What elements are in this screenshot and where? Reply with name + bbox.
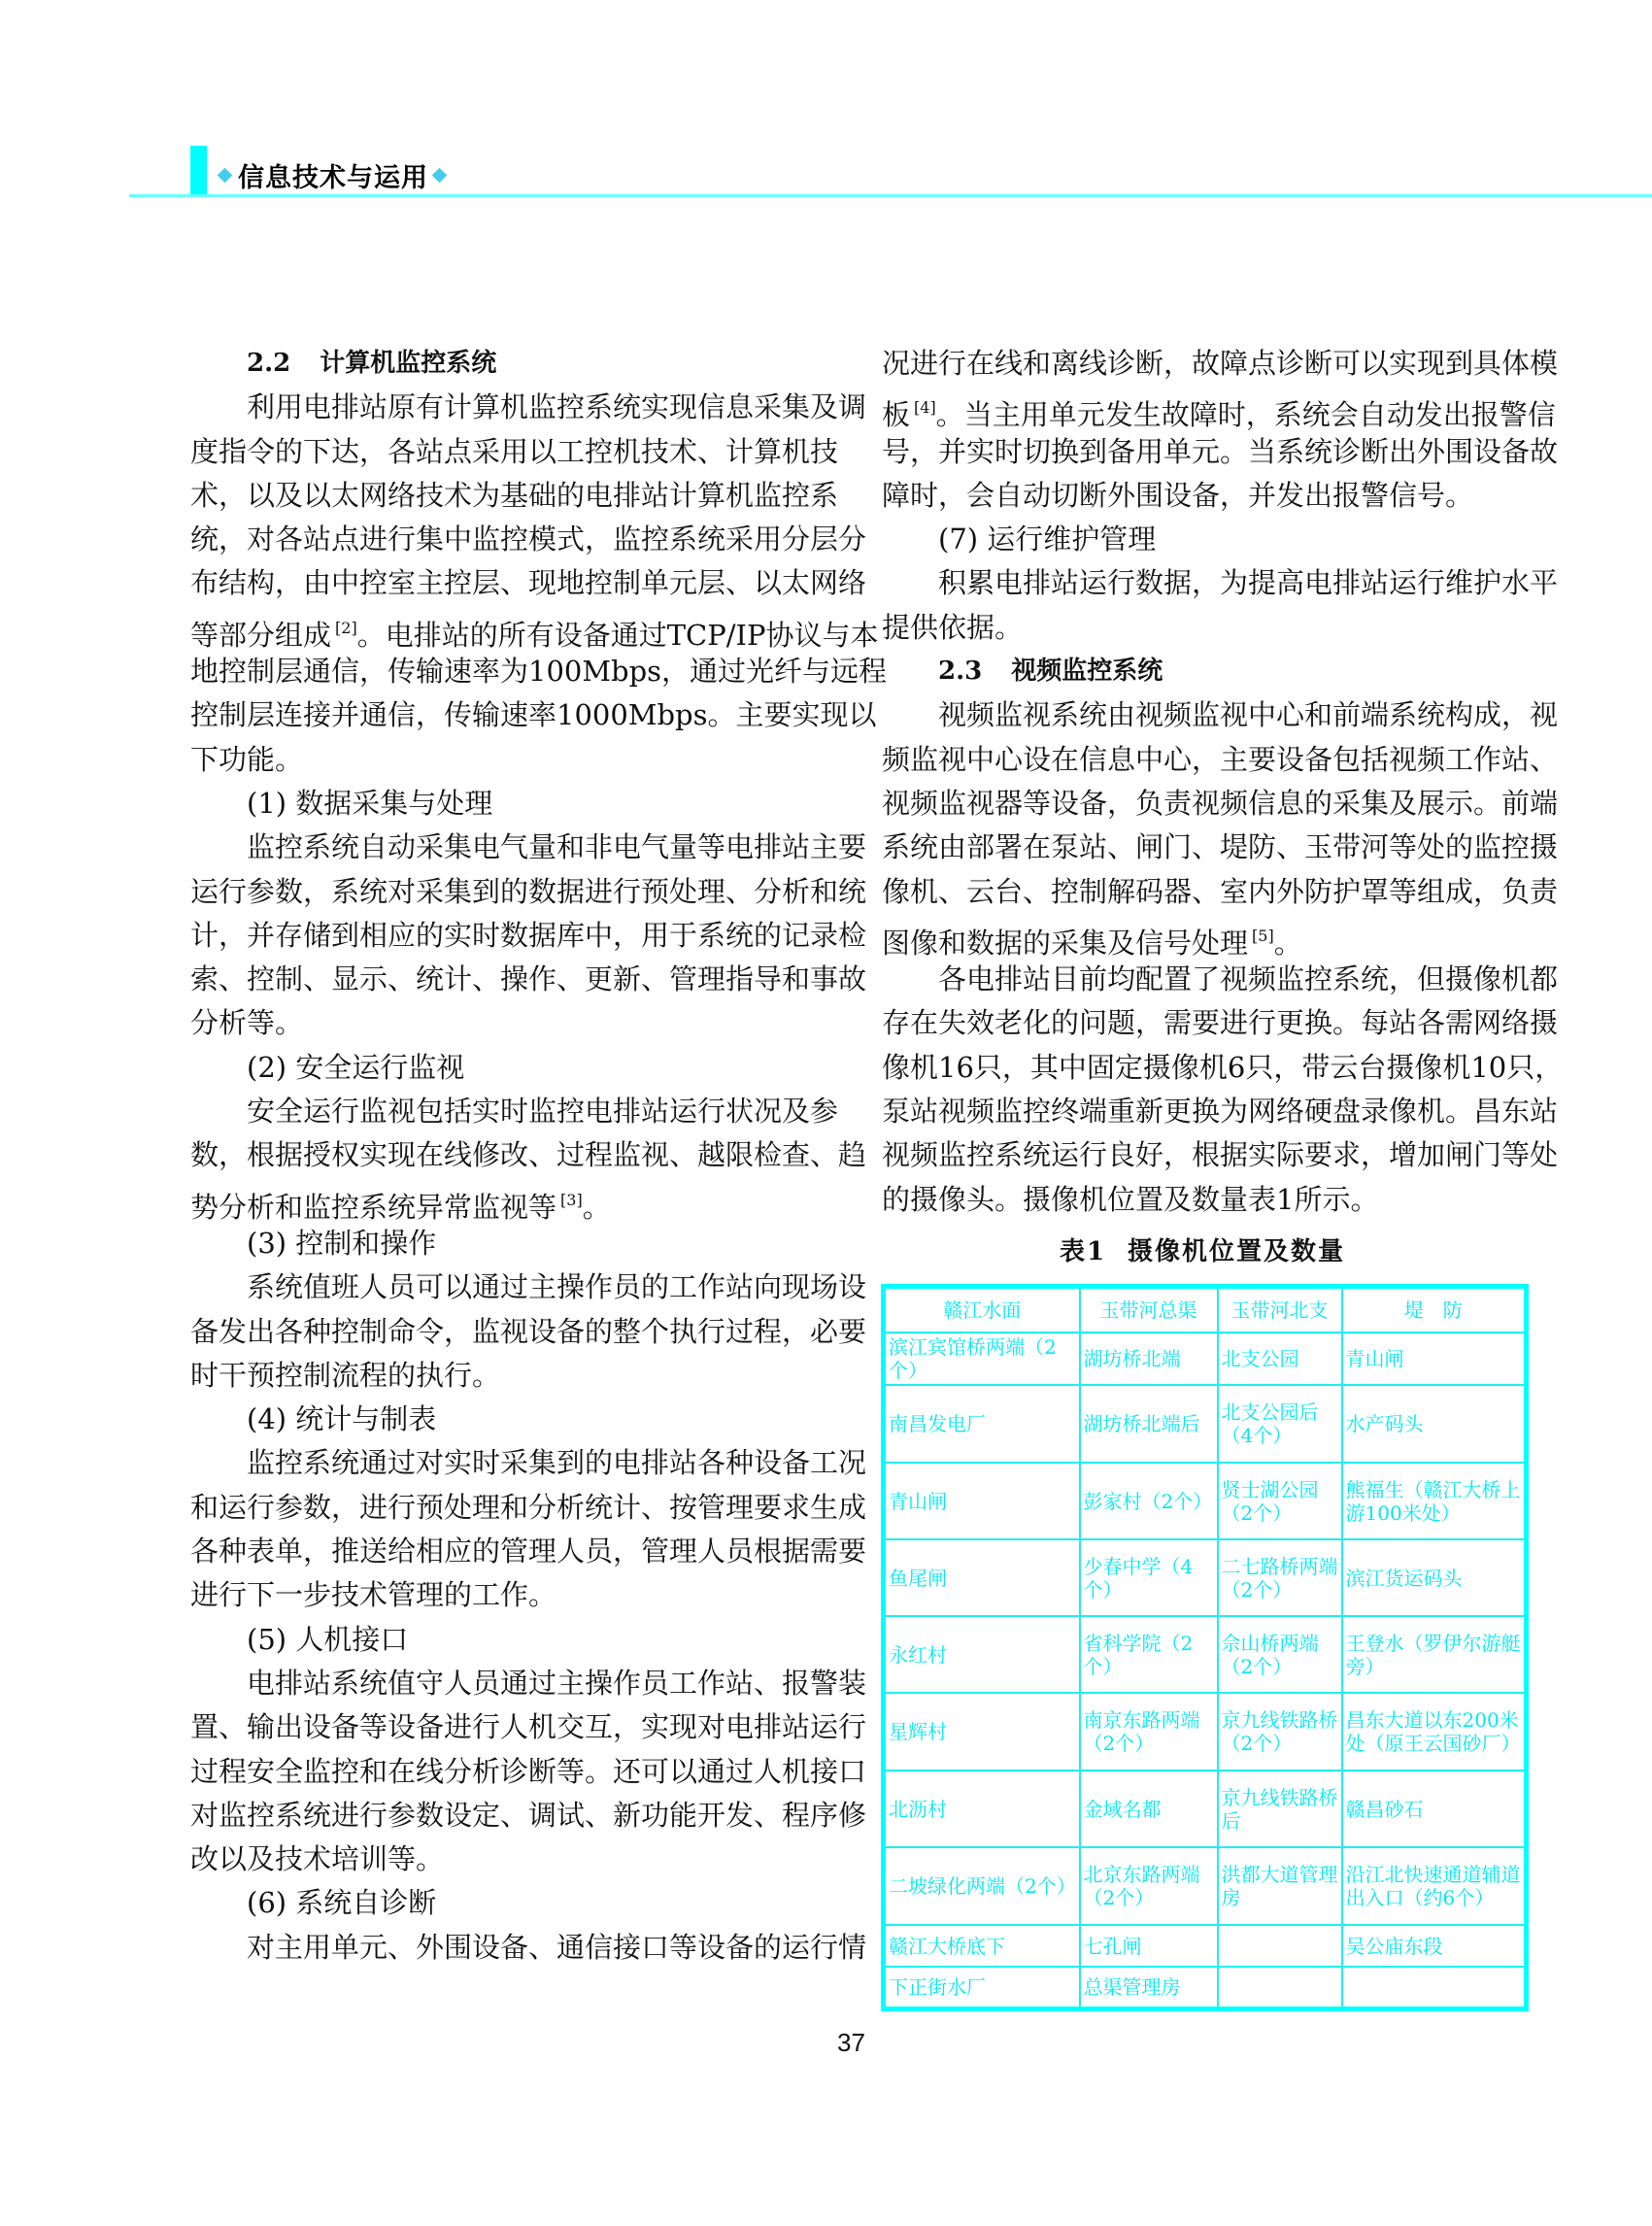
table-cell: 赣江大桥底下 (884, 1925, 1080, 1967)
table-cell: 二七路桥两端（2个） (1218, 1539, 1342, 1616)
paragraph-line: 统，对各站点进行集中监控模式，监控系统采用分层分 (190, 518, 829, 561)
table-row: 下正街水厂总渠管理房 (884, 1967, 1527, 2008)
table-row: 北沥村金域名都京九线铁路桥后赣昌砂石 (884, 1771, 1527, 1847)
table-cell: 北沥村 (884, 1771, 1080, 1847)
paragraph-line: 度指令的下达，各站点采用以工控机技术、计算机技 (190, 430, 829, 474)
table-cell: 彭家村（2个） (1080, 1463, 1218, 1539)
paragraph-line: 对主用单元、外围设备、通信接口等设备的运行情 (190, 1926, 829, 1970)
table-cell: 湖坊桥北端后 (1080, 1385, 1218, 1463)
paragraph-line: 对监控系统进行参数设定、调试、新功能开发、程序修 (190, 1794, 829, 1838)
paragraph-line: 号，并实时切换到备用单元。当系统诊断出外围设备故 (882, 430, 1523, 474)
table-cell: 滨江宾馆桥两端（2个） (884, 1332, 1080, 1385)
table-cell (1218, 1967, 1342, 2008)
table-cell: 昌东大道以东200米处（原王云国砂厂） (1342, 1693, 1527, 1771)
table-cell: 永红村 (884, 1616, 1080, 1693)
paragraph-line: 索、控制、显示、统计、操作、更新、管理指导和事故 (190, 958, 829, 1001)
text-span: 等部分组成 (190, 619, 331, 652)
paragraph-line: 和运行参数，进行预处理和分析统计、按管理要求生成 (190, 1486, 829, 1530)
heading-number: 2.2 (247, 349, 290, 378)
column-header: 玉带河总渠 (1080, 1287, 1218, 1333)
table-cell: 吴公庙东段 (1342, 1925, 1527, 1967)
table-row: 星辉村南京东路两端（2个）京九线铁路桥（2个）昌东大道以东200米处（原王云国砂… (884, 1693, 1527, 1771)
paragraph-line: 的摄像头。摄像机位置及数量表1所示。 (882, 1178, 1523, 1222)
heading-title: 视频监控系统 (1011, 657, 1163, 686)
table-row: 鱼尾闸少春中学（4个）二七路桥两端（2个）滨江货运码头 (884, 1539, 1527, 1616)
table-cell: 金域名都 (1080, 1771, 1218, 1847)
heading-2-2: 2.2计算机监控系统 (190, 342, 829, 386)
table-cell: 熊福生（赣江大桥上游100米处） (1342, 1463, 1527, 1539)
table-cell: 赣昌砂石 (1342, 1771, 1527, 1847)
table-cell: 总渠管理房 (1080, 1967, 1218, 2008)
table-cell: 北京东路两端（2个） (1080, 1847, 1218, 1925)
item-title: (4) 统计与制表 (190, 1398, 829, 1441)
paragraph-line: 像机、云台、控制解码器、室内外防护罩等组成，负责 (882, 870, 1523, 914)
paragraph-line: 势分析和监控系统异常监视等[3]。 (190, 1178, 829, 1222)
table-body: 滨江宾馆桥两端（2个）湖坊桥北端北支公园青山闸南昌发电厂湖坊桥北端后北支公园后（… (884, 1332, 1527, 2008)
paragraph-line: 过程安全监控和在线分析诊断等。还可以通过人机接口 (190, 1750, 829, 1794)
table-row: 永红村省科学院（2个）佘山桥两端（2个）王登水（罗伊尔游艇旁） (884, 1616, 1527, 1693)
table-cell: 北支公园后（4个） (1218, 1385, 1342, 1463)
table-cell: 省科学院（2个） (1080, 1616, 1218, 1693)
table-cell: 青山闸 (884, 1463, 1080, 1539)
table-row: 二坡绿化两端（2个）北京东路两端（2个）洪都大道管理房沿江北快速通道辅道出入口（… (884, 1847, 1527, 1925)
table-row: 赣江大桥底下七孔闸吴公庙东段 (884, 1925, 1527, 1967)
paragraph-line: 利用电排站原有计算机监控系统实现信息采集及调 (190, 386, 829, 429)
item-title: (5) 人机接口 (190, 1618, 829, 1662)
item-title: (7) 运行维护管理 (882, 518, 1523, 561)
paragraph-line: 计，并存储到相应的实时数据库中，用于系统的记录检 (190, 914, 829, 958)
paragraph-line: 时干预控制流程的执行。 (190, 1354, 829, 1398)
heading-number: 2.3 (938, 657, 982, 686)
paragraph-line: 像机16只，其中固定摄像机6只，带云台摄像机10只， (882, 1046, 1523, 1090)
text-span: 。 (1274, 927, 1302, 960)
camera-location-table: 赣江水面 玉带河总渠 玉带河北支 堤 防 滨江宾馆桥两端（2个）湖坊桥北端北支公… (881, 1284, 1529, 2011)
right-column: 况进行在线和离线诊断，故障点诊断可以实现到具体模 板[4]。当主用单元发生故障时… (882, 342, 1523, 1222)
table-cell: 二坡绿化两端（2个） (884, 1847, 1080, 1925)
heading-2-3: 2.3视频监控系统 (882, 650, 1523, 693)
text-span: 板 (882, 398, 910, 431)
paragraph-line: 分析等。 (190, 1001, 829, 1045)
paragraph-line: 等部分组成[2]。电排站的所有设备通过TCP/IP协议与本 (190, 606, 829, 650)
table-cell: 洪都大道管理房 (1218, 1847, 1342, 1925)
paragraph-line: 各种表单，推送给相应的管理人员，管理人员根据需要 (190, 1530, 829, 1573)
table-cell: 青山闸 (1342, 1332, 1527, 1385)
text-span: 图像和数据的采集及信号处理 (882, 927, 1248, 960)
paragraph-line: 视频监视器等设备，负责视频信息的采集及展示。前端 (882, 782, 1523, 826)
page-number: 37 (837, 2028, 865, 2058)
paragraph-line: 视频监视系统由视频监视中心和前端系统构成，视 (882, 693, 1523, 737)
paragraph-line: 监控系统自动采集电气量和非电气量等电排站主要 (190, 826, 829, 869)
paragraph-line: 提供依据。 (882, 606, 1523, 650)
table-cell: 贤士湖公园（2个） (1218, 1463, 1342, 1539)
item-title: (1) 数据采集与处理 (190, 782, 829, 826)
paragraph-line: 进行下一步技术管理的工作。 (190, 1573, 829, 1617)
table-cell: 北支公园 (1218, 1332, 1342, 1385)
table-cell: 星辉村 (884, 1693, 1080, 1771)
text-span: 。电排站的所有设备通过TCP/IP协议与本 (357, 619, 879, 652)
paragraph-line: 下功能。 (190, 738, 829, 782)
paragraph-line: 电排站系统值守人员通过主操作员工作站、报警装 (190, 1662, 829, 1705)
section-header: 信息技术与运用 (214, 155, 453, 194)
table-row: 滨江宾馆桥两端（2个）湖坊桥北端北支公园青山闸 (884, 1332, 1527, 1385)
header-rule (129, 194, 1652, 197)
table-header-row: 赣江水面 玉带河总渠 玉带河北支 堤 防 (884, 1287, 1527, 1333)
column-header: 堤 防 (1342, 1287, 1527, 1333)
section-title: 信息技术与运用 (238, 156, 428, 194)
paragraph-line: 系统值班人员可以通过主操作员的工作站向现场设 (190, 1265, 829, 1309)
paragraph-line: 数，根据授权实现在线修改、过程监视、越限检查、趋 (190, 1133, 829, 1177)
table-cell: 下正街水厂 (884, 1967, 1080, 2008)
left-column: 2.2计算机监控系统 利用电排站原有计算机监控系统实现信息采集及调 度指令的下达… (190, 342, 829, 1970)
paragraph-line: 监控系统通过对实时采集到的电排站各种设备工况 (190, 1441, 829, 1485)
table-cell: 水产码头 (1342, 1385, 1527, 1463)
paragraph-line: 板[4]。当主用单元发生故障时，系统会自动发出报警信 (882, 386, 1523, 429)
diamond-icon (218, 167, 233, 183)
paragraph-line: 况进行在线和离线诊断，故障点诊断可以实现到具体模 (882, 342, 1523, 386)
paragraph-line: 备发出各种控制命令，监视设备的整个执行过程，必要 (190, 1310, 829, 1354)
table-row: 青山闸彭家村（2个）贤士湖公园（2个）熊福生（赣江大桥上游100米处） (884, 1463, 1527, 1539)
table-cell: 沿江北快速通道辅道出入口（约6个） (1342, 1847, 1527, 1925)
table-row: 南昌发电厂湖坊桥北端后北支公园后（4个）水产码头 (884, 1385, 1527, 1463)
paragraph-line: 术，以及以太网络技术为基础的电排站计算机监控系 (190, 474, 829, 518)
item-title: (2) 安全运行监视 (190, 1046, 829, 1090)
citation-ref: [3] (560, 1191, 583, 1209)
table-cell: 湖坊桥北端 (1080, 1332, 1218, 1385)
table-cell (1342, 1967, 1527, 2008)
table-cell: 佘山桥两端（2个） (1218, 1616, 1342, 1693)
table-caption: 表1摄像机位置及数量 (882, 1231, 1523, 1267)
table-cell: 南京东路两端（2个） (1080, 1693, 1218, 1771)
table-cell: 少春中学（4个） (1080, 1539, 1218, 1616)
item-title: (6) 系统自诊断 (190, 1881, 829, 1925)
paragraph-line: 泵站视频监控终端重新更换为网络硬盘录像机。昌东站 (882, 1090, 1523, 1133)
table-number: 表1 (1060, 1237, 1106, 1266)
table-cell: 七孔闸 (1080, 1925, 1218, 1967)
table-cell: 京九线铁路桥后 (1218, 1771, 1342, 1847)
paragraph-line: 改以及技术培训等。 (190, 1838, 829, 1881)
table-cell (1218, 1925, 1342, 1967)
paragraph-line: 控制层连接并通信，传输速率1000Mbps。主要实现以 (190, 693, 829, 737)
item-title: (3) 控制和操作 (190, 1222, 829, 1265)
text-span: 。当主用单元发生故障时，系统会自动发出报警信 (936, 398, 1556, 431)
citation-ref: [4] (914, 398, 936, 417)
paragraph-line: 布结构，由中控室主控层、现地控制单元层、以太网络 (190, 561, 829, 605)
paragraph-line: 视频监控系统运行良好，根据实际要求，增加闸门等处 (882, 1133, 1523, 1177)
paragraph-line: 频监视中心设在信息中心，主要设备包括视频工作站、 (882, 738, 1523, 782)
table-cell: 南昌发电厂 (884, 1385, 1080, 1463)
table-cell: 鱼尾闸 (884, 1539, 1080, 1616)
paragraph-line: 存在失效老化的问题，需要进行更换。每站各需网络摄 (882, 1001, 1523, 1045)
paragraph-line: 运行参数，系统对采集到的数据进行预处理、分析和统 (190, 870, 829, 914)
paragraph-line: 图像和数据的采集及信号处理[5]。 (882, 914, 1523, 958)
section-accent-bar (190, 146, 207, 196)
paragraph-line: 置、输出设备等设备进行人机交互，实现对电排站运行 (190, 1705, 829, 1749)
text-span: 。 (583, 1191, 611, 1224)
text-span: 势分析和监控系统异常监视等 (190, 1191, 556, 1224)
paragraph-line: 安全运行监视包括实时监控电排站运行状况及参 (190, 1090, 829, 1133)
paragraph-line: 系统由部署在泵站、闸门、堤防、玉带河等处的监控摄 (882, 826, 1523, 869)
heading-title: 计算机监控系统 (320, 349, 496, 378)
table-cell: 王登水（罗伊尔游艇旁） (1342, 1616, 1527, 1693)
paragraph-line: 各电排站目前均配置了视频监控系统，但摄像机都 (882, 958, 1523, 1001)
paragraph-line: 积累电排站运行数据，为提高电排站运行维护水平 (882, 561, 1523, 605)
paragraph-line: 障时，会自动切断外围设备，并发出报警信号。 (882, 474, 1523, 518)
citation-ref: [5] (1252, 927, 1274, 945)
table-title: 摄像机位置及数量 (1128, 1237, 1345, 1266)
diamond-icon (432, 167, 448, 183)
paragraph-line: 地控制层通信，传输速率为100Mbps，通过光纤与远程 (190, 650, 829, 693)
column-header: 赣江水面 (884, 1287, 1080, 1333)
column-header: 玉带河北支 (1218, 1287, 1342, 1333)
table-cell: 滨江货运码头 (1342, 1539, 1527, 1616)
citation-ref: [2] (335, 619, 357, 637)
table-cell: 京九线铁路桥（2个） (1218, 1693, 1342, 1771)
